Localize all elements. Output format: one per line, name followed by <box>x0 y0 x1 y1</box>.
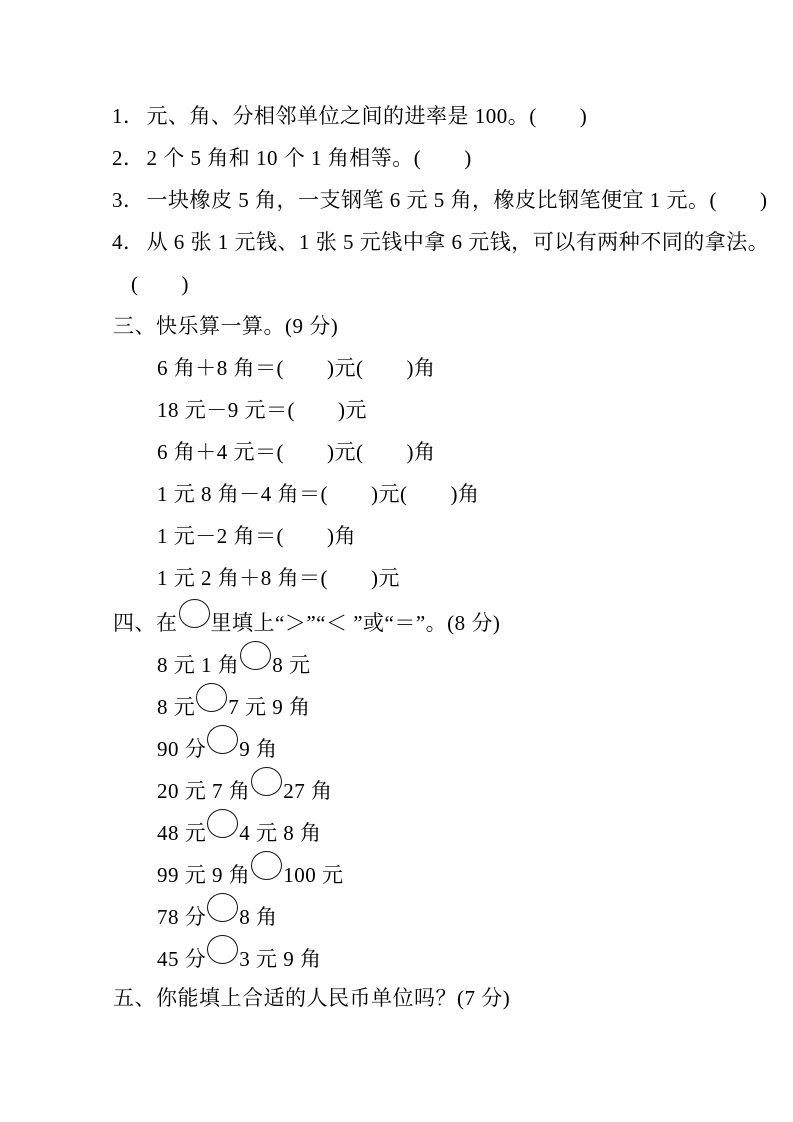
compare-item-8-left: 45 分 <box>157 947 206 971</box>
judge-item-4: 4．从 6 张 1 元钱、1 张 5 元钱中拿 6 元钱，可以有两种不同的拿法。 <box>112 221 793 263</box>
calc-problem-5: 1 元－2 角＝( )角 <box>157 515 793 557</box>
compare-item-6-left: 99 元 9 角 <box>157 863 250 887</box>
compare-item-3-left: 90 分 <box>157 737 206 761</box>
comparison-circle <box>207 725 238 754</box>
judge-item-4-answer-blank: ( ) <box>131 263 793 305</box>
judge-item-1-number: 1． <box>112 104 147 128</box>
judge-item-3-number: 3． <box>112 188 147 212</box>
comparison-circle <box>251 767 282 796</box>
compare-item-5-right: 4 元 8 角 <box>239 821 321 845</box>
comparison-circle <box>207 809 238 838</box>
judge-item-1-text: 元、角、分相邻单位之间的进率是 100。( ) <box>147 104 588 128</box>
compare-item-7-right: 8 角 <box>239 905 277 929</box>
compare-title-suffix: 里填上“＞”“＜ ”或“＝”。(8 分) <box>211 611 501 635</box>
compare-section-title: 四、在里填上“＞”“＜ ”或“＝”。(8 分) <box>113 599 793 641</box>
compare-title-prefix: 四、在 <box>113 611 178 635</box>
comparison-circle <box>196 683 227 712</box>
compare-item-1-left: 8 元 1 角 <box>157 653 239 677</box>
compare-item-3-right: 9 角 <box>239 737 277 761</box>
compare-item-4-right: 27 角 <box>283 779 332 803</box>
comparison-circle <box>207 935 238 964</box>
compare-item-5-left: 48 元 <box>157 821 206 845</box>
judge-item-2-number: 2． <box>112 146 147 170</box>
compare-item-1: 8 元 1 角8 元 <box>157 641 793 683</box>
compare-item-3: 90 分9 角 <box>157 725 793 767</box>
compare-item-6: 99 元 9 角100 元 <box>157 851 793 893</box>
judge-item-2: 2．2 个 5 角和 10 个 1 角相等。( ) <box>112 137 793 179</box>
judge-item-3: 3．一块橡皮 5 角，一支钢笔 6 元 5 角，橡皮比钢笔便宜 1 元。( ) <box>112 179 793 221</box>
compare-item-7-left: 78 分 <box>157 905 206 929</box>
calc-section-title: 三、快乐算一算。(9 分) <box>113 305 793 347</box>
calc-problem-2: 18 元－9 元＝( )元 <box>157 389 793 431</box>
compare-item-2: 8 元7 元 9 角 <box>157 683 793 725</box>
calc-problem-6: 1 元 2 角＋8 角＝( )元 <box>157 557 793 599</box>
judge-item-1: 1．元、角、分相邻单位之间的进率是 100。( ) <box>112 95 793 137</box>
compare-item-2-left: 8 元 <box>157 695 195 719</box>
compare-item-5: 48 元4 元 8 角 <box>157 809 793 851</box>
compare-item-7: 78 分8 角 <box>157 893 793 935</box>
comparison-circle <box>251 851 282 880</box>
calc-problem-3: 6 角＋4 元＝( )元( )角 <box>157 431 793 473</box>
judge-item-4-number: 4． <box>112 230 147 254</box>
comparison-circle <box>179 599 210 628</box>
compare-item-8: 45 分3 元 9 角 <box>157 935 793 977</box>
compare-item-6-right: 100 元 <box>283 863 343 887</box>
unit-section-title: 五、你能填上合适的人民币单位吗？(7 分) <box>113 977 793 1019</box>
compare-item-1-right: 8 元 <box>272 653 310 677</box>
calc-problem-1: 6 角＋8 角＝( )元( )角 <box>157 347 793 389</box>
comparison-circle <box>207 893 238 922</box>
compare-item-4: 20 元 7 角27 角 <box>157 767 793 809</box>
judge-item-3-text: 一块橡皮 5 角，一支钢笔 6 元 5 角，橡皮比钢笔便宜 1 元。( ) <box>147 188 768 212</box>
compare-item-2-right: 7 元 9 角 <box>228 695 310 719</box>
compare-item-8-right: 3 元 9 角 <box>239 947 321 971</box>
judge-item-2-text: 2 个 5 角和 10 个 1 角相等。( ) <box>147 146 472 170</box>
compare-item-4-left: 20 元 7 角 <box>157 779 250 803</box>
comparison-circle <box>240 641 271 670</box>
calc-problem-4: 1 元 8 角－4 角＝( )元( )角 <box>157 473 793 515</box>
judge-item-4-text: 从 6 张 1 元钱、1 张 5 元钱中拿 6 元钱，可以有两种不同的拿法。 <box>147 230 770 254</box>
worksheet-page: 1．元、角、分相邻单位之间的进率是 100。( ) 2．2 个 5 角和 10 … <box>0 0 793 1122</box>
